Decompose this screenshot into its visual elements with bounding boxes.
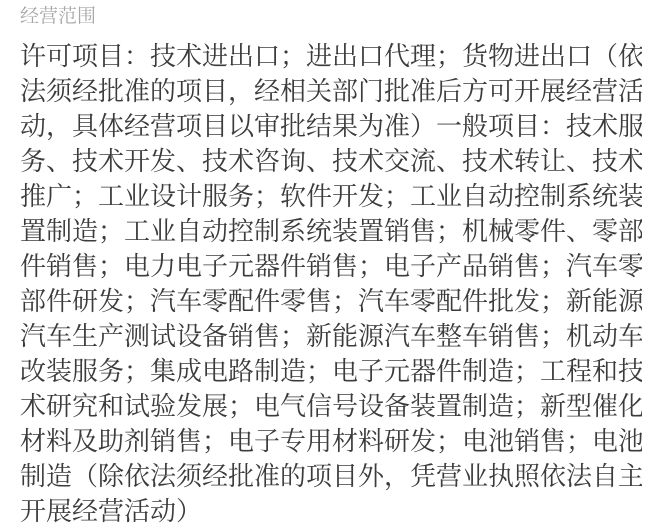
text-line: 务、技术开发、技术咨询、技术交流、技术转让、技术 xyxy=(20,144,642,179)
text-line: 法须经批准的项目，经相关部门批准后方可开展经营活 xyxy=(20,74,642,109)
text-line: 许可项目：技术进出口；进出口代理；货物进出口（依 xyxy=(20,39,642,74)
text-line: 材料及助剂销售；电子专用材料研发；电池销售；电池 xyxy=(20,424,642,459)
section-title: 经营范围 xyxy=(20,5,642,29)
text-line: 汽车生产测试设备销售；新能源汽车整车销售；机动车 xyxy=(20,319,642,354)
text-line: 件销售；电力电子元器件销售；电子产品销售；汽车零 xyxy=(20,249,642,284)
business-scope-text: 许可项目：技术进出口；进出口代理；货物进出口（依 法须经批准的项目，经相关部门批… xyxy=(20,39,642,523)
text-line: 开展经营活动） xyxy=(20,494,642,523)
text-line: 推广；工业设计服务；软件开发；工业自动控制系统装 xyxy=(20,179,642,214)
text-line: 动，具体经营项目以审批结果为准）一般项目：技术服 xyxy=(20,109,642,144)
text-line: 部件研发；汽车零配件零售；汽车零配件批发；新能源 xyxy=(20,284,642,319)
business-scope-section: 经营范围 许可项目：技术进出口；进出口代理；货物进出口（依 法须经批准的项目，经… xyxy=(0,0,660,523)
text-line: 制造（除依法须经批准的项目外，凭营业执照依法自主 xyxy=(20,459,642,494)
text-line: 改装服务；集成电路制造；电子元器件制造；工程和技 xyxy=(20,354,642,389)
text-line: 置制造；工业自动控制系统装置销售；机械零件、零部 xyxy=(20,214,642,249)
text-line: 术研究和试验发展；电气信号设备装置制造；新型催化 xyxy=(20,389,642,424)
